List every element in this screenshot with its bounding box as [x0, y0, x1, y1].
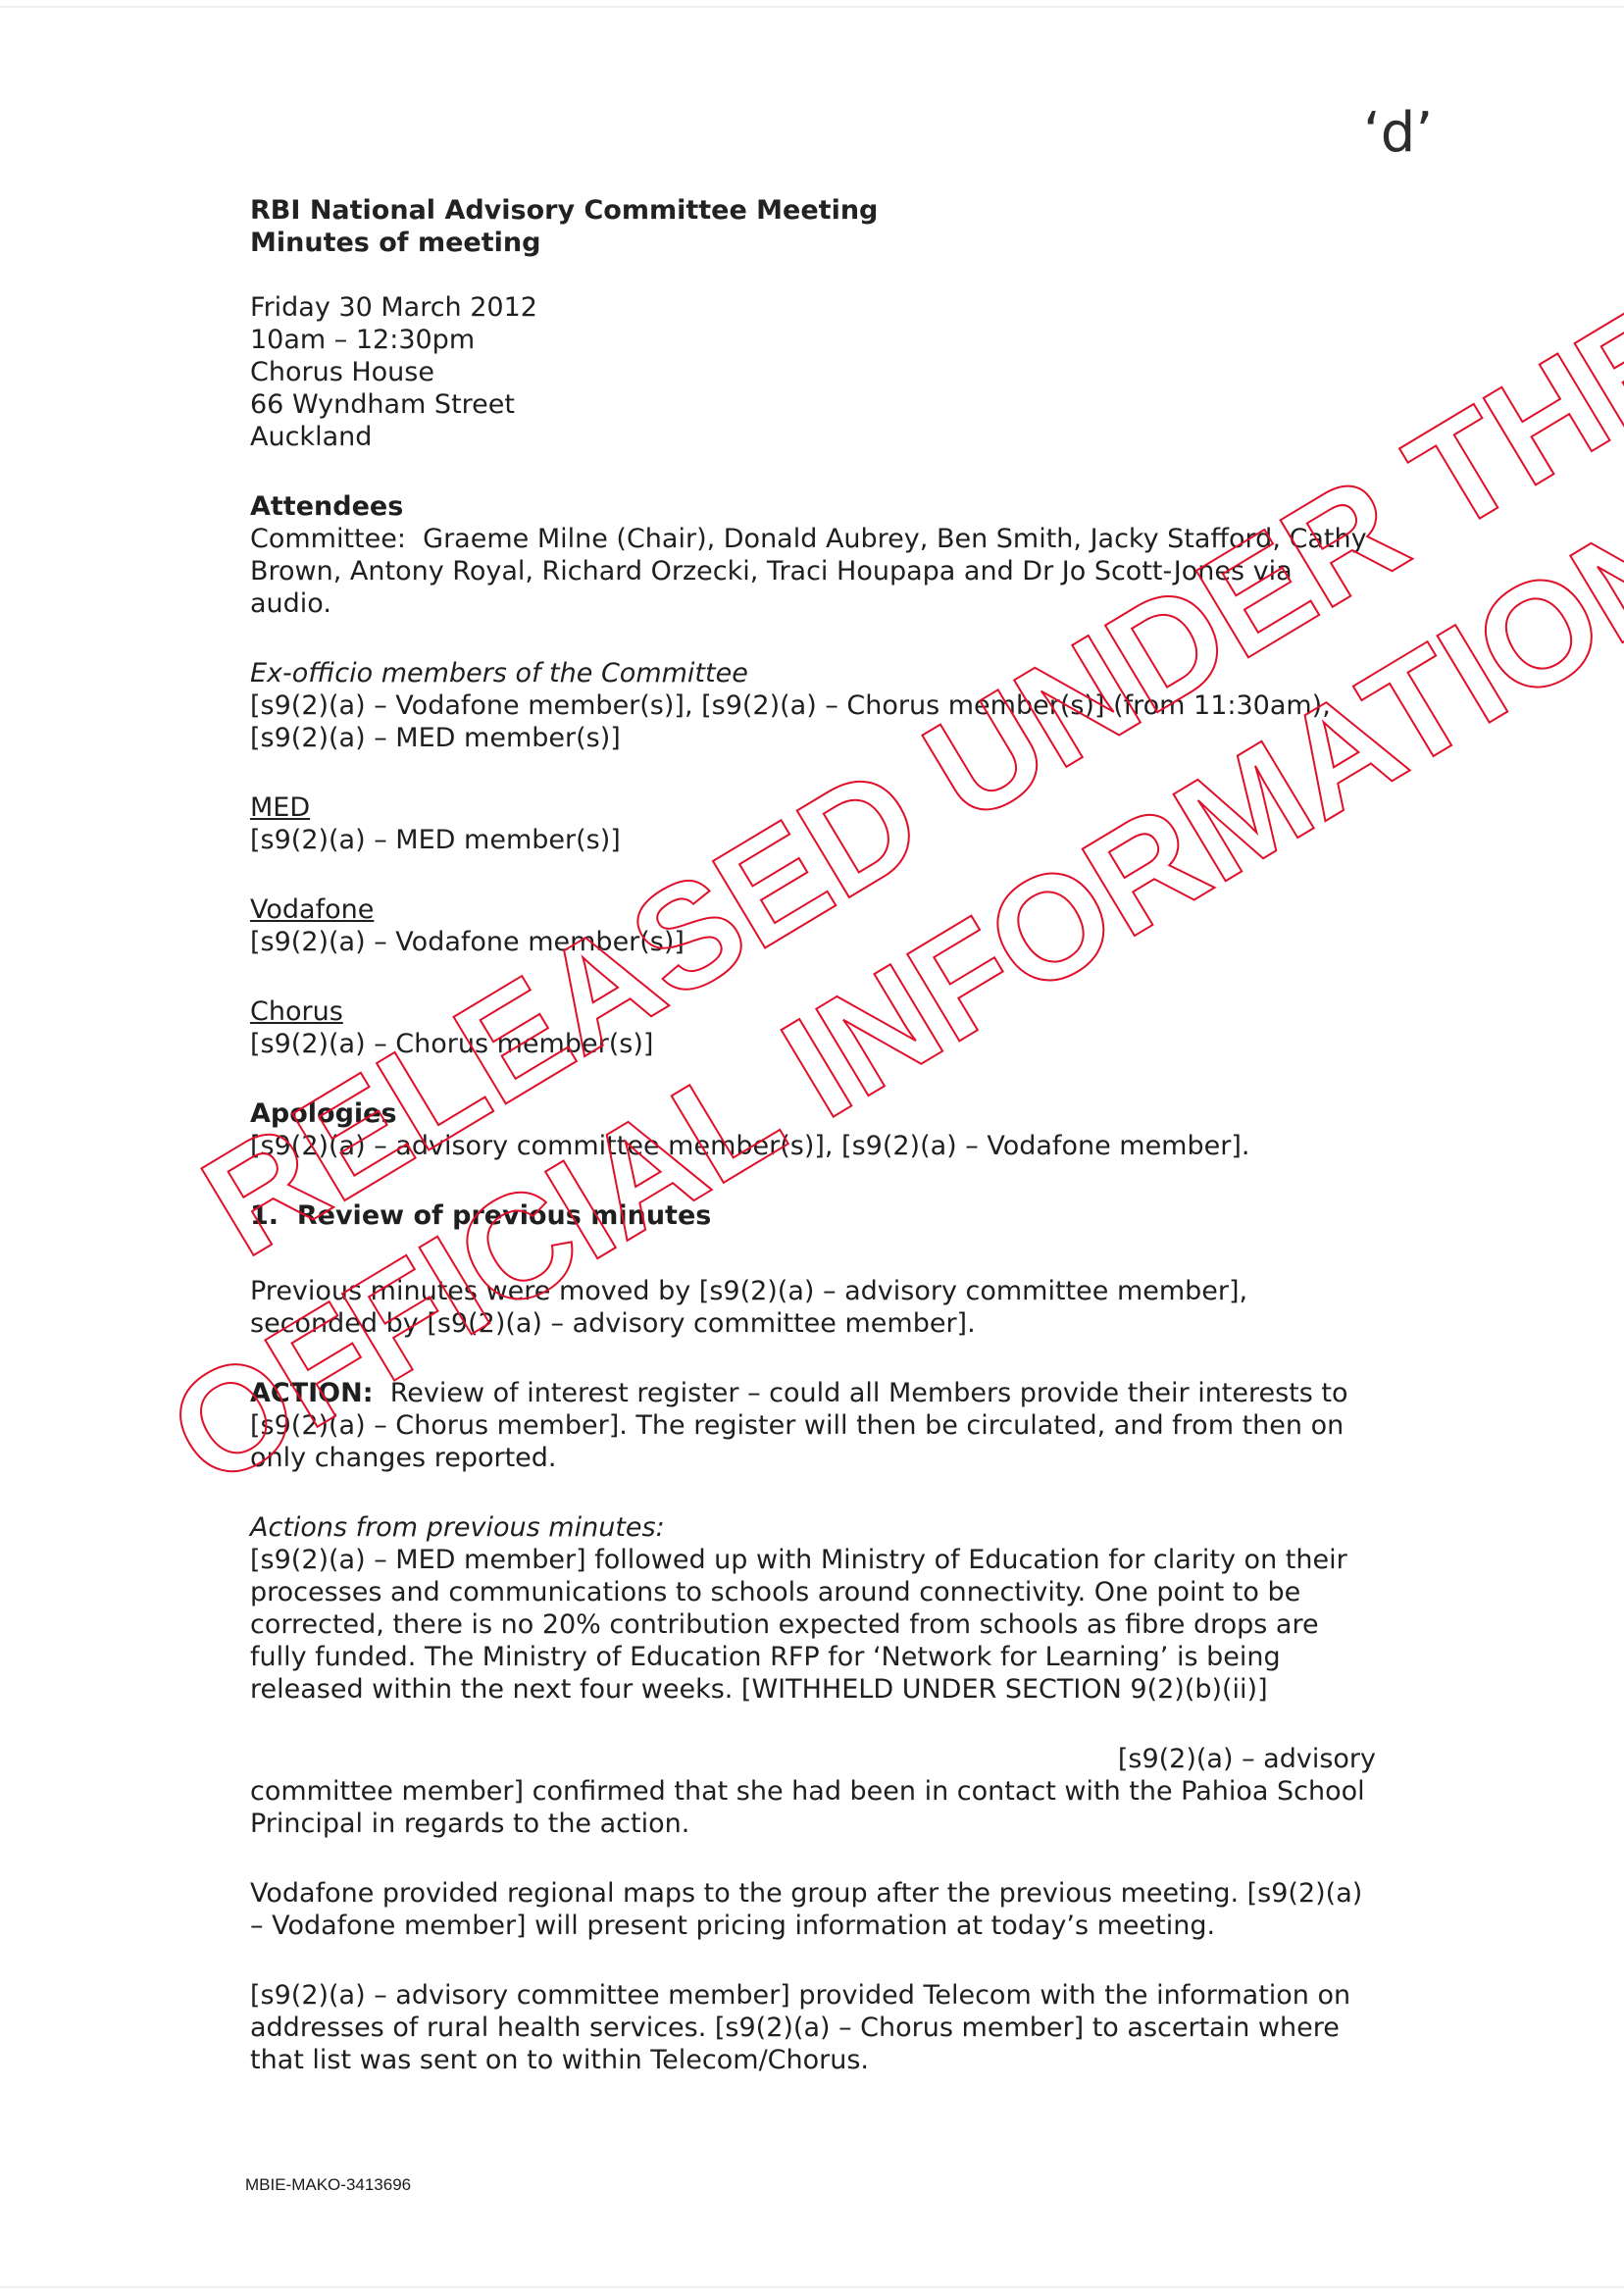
group-chorus-heading: Chorus — [250, 995, 1378, 1028]
minutes-body: RBI National Advisory Committee Meeting … — [250, 194, 1378, 2076]
apologies-text: [s9(2)(a) – advisory committee member(s)… — [250, 1130, 1378, 1162]
section-title: Review of previous minutes — [297, 1200, 711, 1231]
previous-actions-heading: Actions from previous minutes: — [250, 1511, 1378, 1544]
ex-officio-heading: Ex-officio members of the Committee — [250, 657, 1378, 689]
section-1-heading: 1. Review of previous minutes — [250, 1199, 1378, 1232]
meeting-date: Friday 30 March 2012 — [250, 291, 1378, 324]
action-item: ACTION: Review of interest register – co… — [250, 1377, 1378, 1474]
action-text: Review of interest register – could all … — [250, 1378, 1348, 1473]
attendees-heading: Attendees — [250, 490, 1378, 523]
ex-officio-members: [s9(2)(a) – Vodafone member(s)], [s9(2)(… — [250, 689, 1378, 754]
page-mark: ‘d’ — [1363, 106, 1433, 161]
previous-action-paragraph-2: committee member] confirmed that she had… — [250, 1775, 1378, 1840]
document-title: RBI National Advisory Committee Meeting — [250, 194, 1378, 227]
group-med-heading: MED — [250, 791, 1378, 824]
document-id: MBIE-MAKO-3413696 — [245, 2175, 411, 2195]
meeting-venue: Chorus House — [250, 356, 1378, 388]
minutes-moved-text: Previous minutes were moved by [s9(2)(a)… — [250, 1275, 1378, 1340]
group-vodafone-heading: Vodafone — [250, 893, 1378, 926]
action-label: ACTION: — [250, 1378, 374, 1408]
document-page: ‘d’ RBI National Advisory Committee Meet… — [0, 0, 1624, 2294]
previous-action-paragraph-1: [s9(2)(a) – MED member] followed up with… — [250, 1544, 1378, 1706]
committee-label: Committee: — [250, 524, 406, 554]
group-chorus-members: [s9(2)(a) – Chorus member(s)] — [250, 1028, 1378, 1060]
group-med-members: [s9(2)(a) – MED member(s)] — [250, 824, 1378, 856]
meeting-street: 66 Wyndham Street — [250, 388, 1378, 421]
committee-attendees: Committee: Graeme Milne (Chair), Donald … — [250, 523, 1378, 620]
apologies-heading: Apologies — [250, 1097, 1378, 1130]
scan-edge-bottom — [0, 2286, 1624, 2288]
section-number: 1. — [250, 1200, 279, 1231]
document-subtitle: Minutes of meeting — [250, 227, 1378, 259]
group-vodafone-members: [s9(2)(a) – Vodafone member(s)] — [250, 926, 1378, 958]
previous-action-paragraph-3: Vodafone provided regional maps to the g… — [250, 1877, 1378, 1942]
scan-edge-top — [0, 6, 1624, 8]
meeting-time: 10am – 12:30pm — [250, 324, 1378, 356]
previous-action-fragment: [s9(2)(a) – advisory — [250, 1743, 1376, 1775]
previous-action-paragraph-4: [s9(2)(a) – advisory committee member] p… — [250, 1979, 1378, 2076]
committee-names: Graeme Milne (Chair), Donald Aubrey, Ben… — [250, 524, 1367, 619]
meeting-city: Auckland — [250, 421, 1378, 453]
